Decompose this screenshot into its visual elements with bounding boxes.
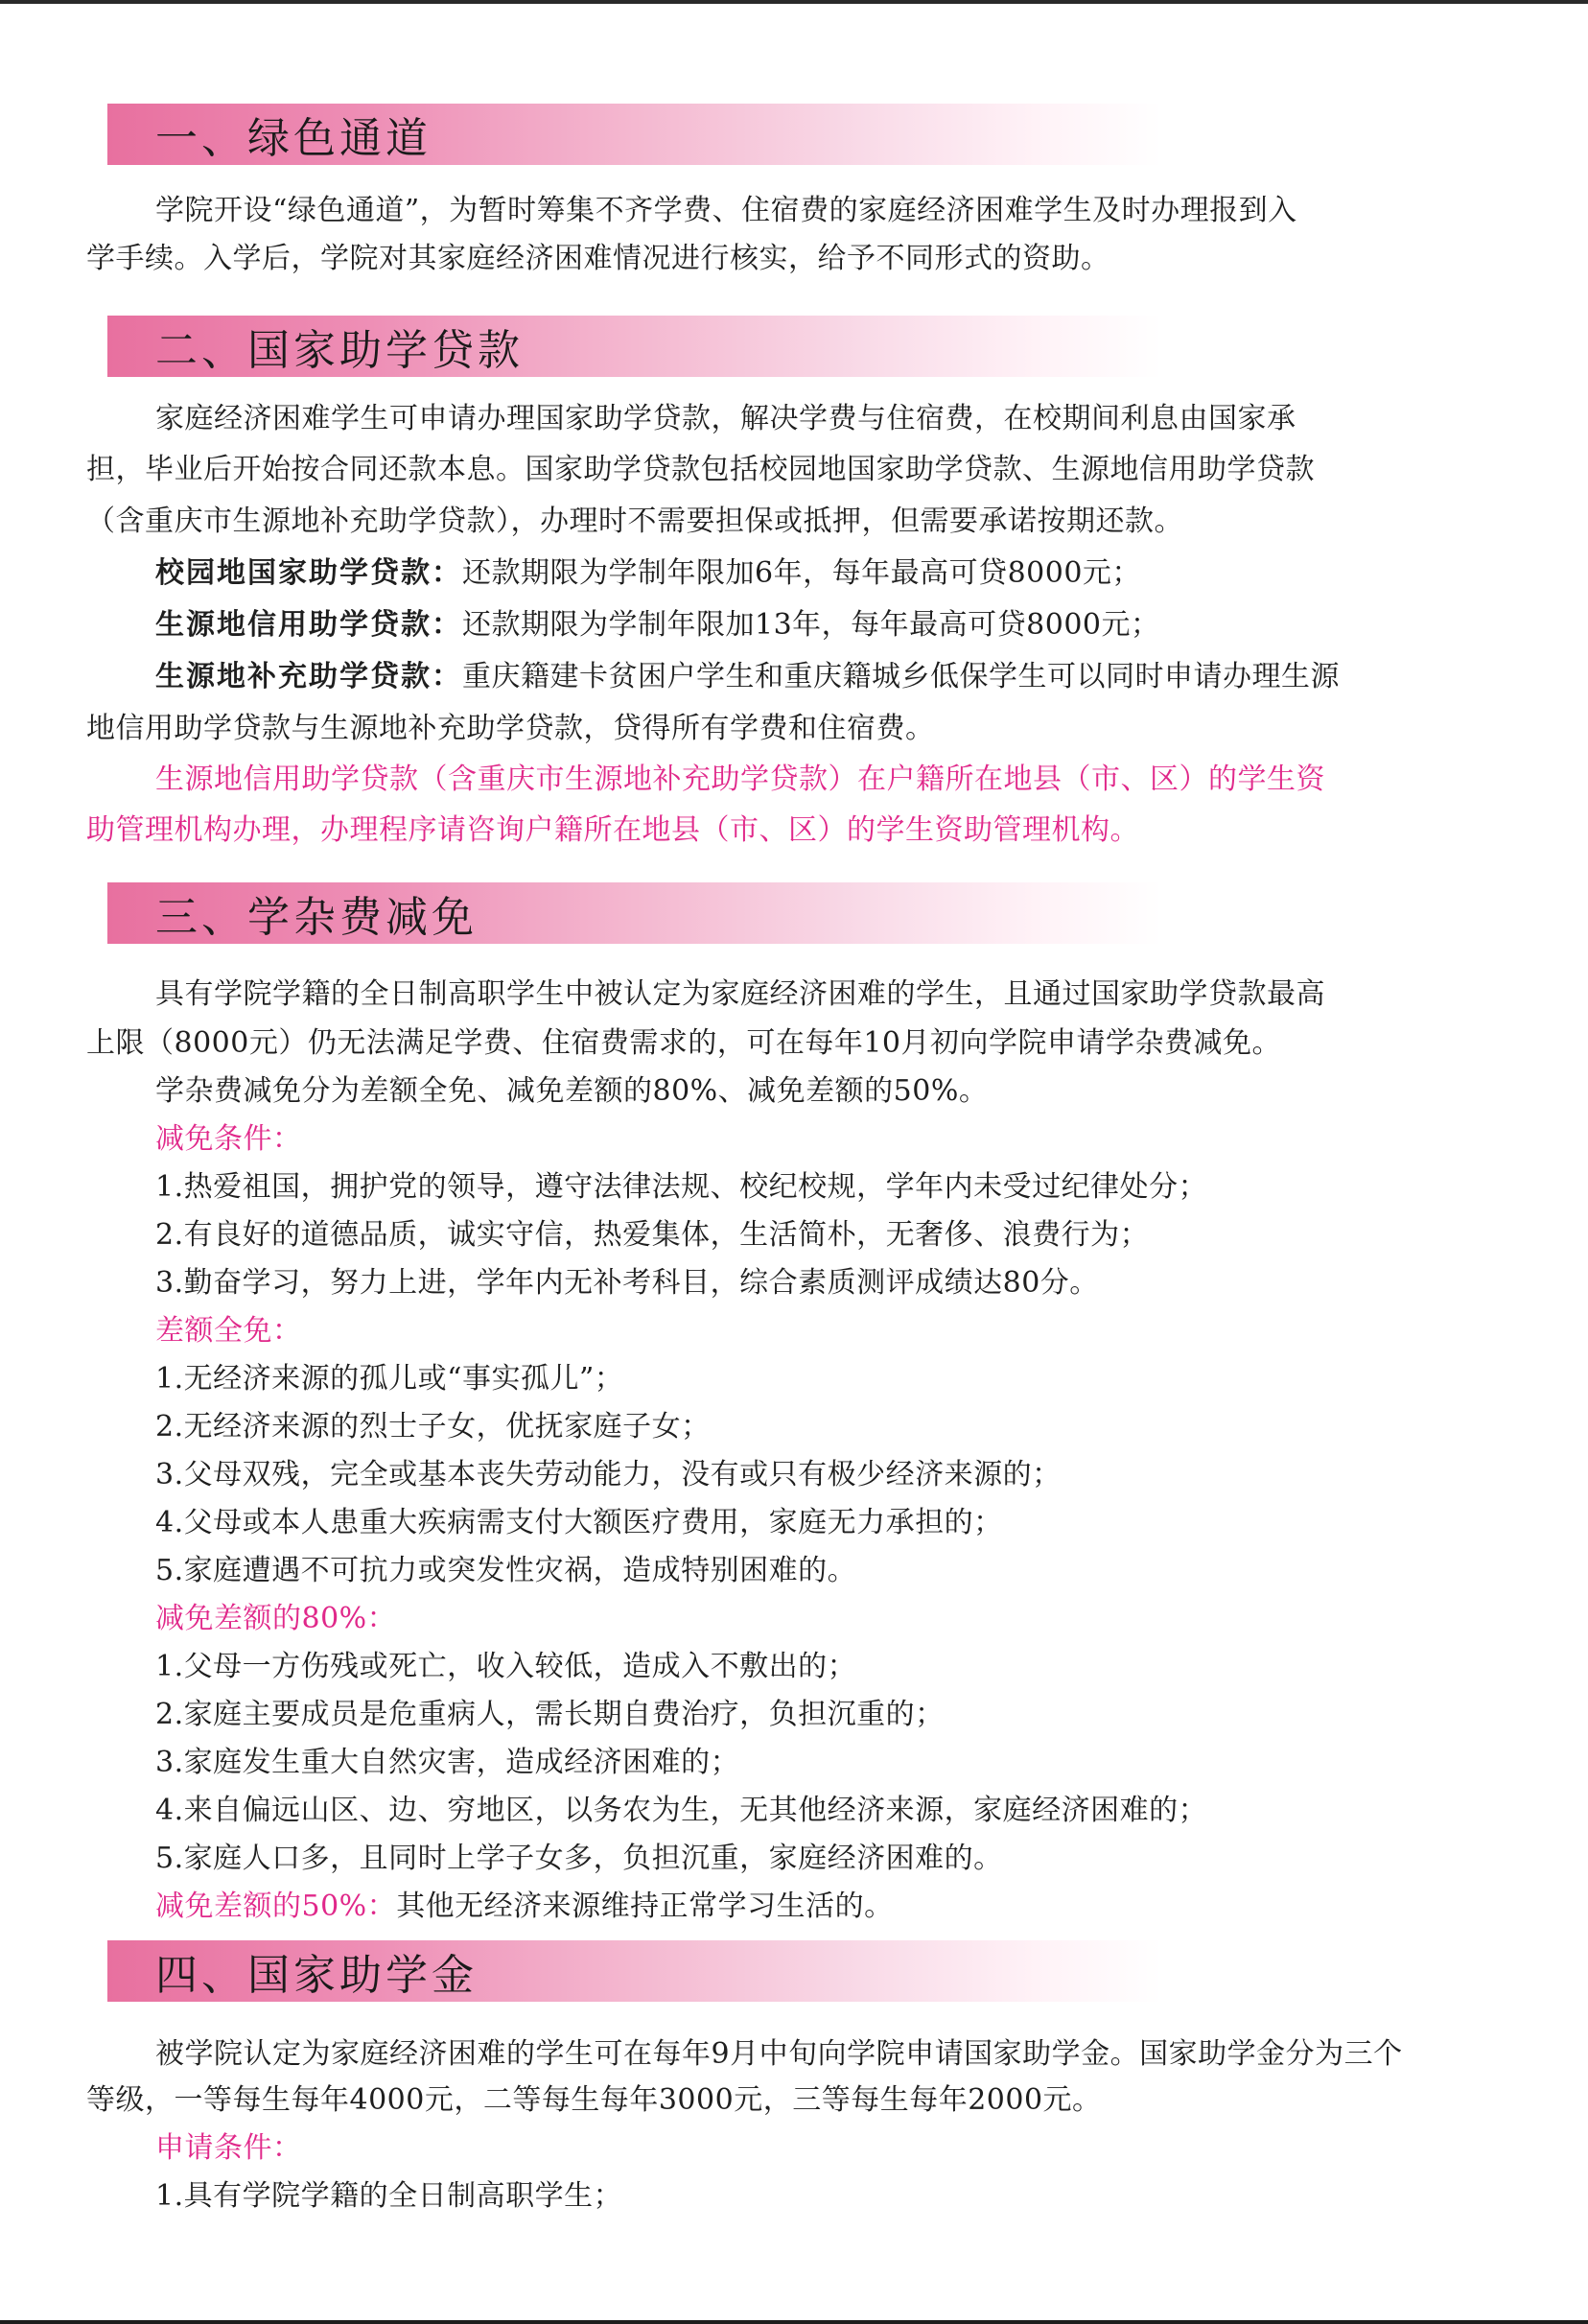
loan-type-origin-credit: 生源地信用助学贷款：还款期限为学制年限加13年，每年最高可贷8000元； (155, 606, 1584, 645)
list-item: 4.来自偏远山区、边、穷地区，以务农为生，无其他经济来源，家庭经济困难的； (155, 1792, 1584, 1830)
notice-line: 助管理机构办理，办理程序请咨询户籍所在地县（市、区）的学生资助管理机构。 (86, 811, 1515, 850)
pct50-line: 减免差额的50%：其他无经济来源维持正常学习生活的。 (155, 1888, 1584, 1926)
subheading-application-conditions: 申请条件： (155, 2129, 1584, 2168)
paragraph-line: 地信用助学贷款与生源地补充助学贷款，贷得所有学费和住宿费。 (86, 710, 1515, 748)
subheading-full-waiver: 差额全免： (155, 1312, 1584, 1350)
list-item: 5.家庭遭遇不可抗力或突发性灾祸，造成特别困难的。 (155, 1552, 1584, 1590)
loan-type-text: 重庆籍建卡贫困户学生和重庆籍城乡低保学生可以同时申请办理生源 (462, 660, 1340, 693)
loan-type-label: 生源地信用助学贷款： (155, 608, 462, 642)
section-header-national-student-loan: 二、国家助学贷款 (107, 316, 1162, 377)
list-item: 3.家庭发生重大自然灾害，造成经济困难的； (155, 1744, 1584, 1782)
loan-type-label: 生源地补充助学贷款： (155, 660, 462, 693)
loan-type-label: 校园地国家助学贷款： (155, 556, 462, 590)
loan-type-origin-supplement: 生源地补充助学贷款：重庆籍建卡贫困户学生和重庆籍城乡低保学生可以同时申请办理生源 (155, 658, 1584, 696)
loan-type-text: 还款期限为学制年限加6年，每年最高可贷8000元； (462, 556, 1141, 590)
loan-type-text: 还款期限为学制年限加13年，每年最高可贷8000元； (462, 608, 1160, 642)
list-item: 3.勤奋学习，努力上进，学年内无补考科目，综合素质测评成绩达80分。 (155, 1264, 1584, 1303)
list-item: 4.父母或本人患重大疾病需支付大额医疗费用，家庭无力承担的； (155, 1504, 1584, 1542)
paragraph-line: 家庭经济困难学生可申请办理国家助学贷款，解决学费与住宿费，在校期间利息由国家承 (155, 400, 1584, 438)
bottom-edge-border (0, 2320, 1588, 2324)
section-header-green-channel: 一、绿色通道 (107, 104, 1162, 165)
loan-type-campus: 校园地国家助学贷款：还款期限为学制年限加6年，每年最高可贷8000元； (155, 554, 1584, 593)
list-item: 2.有良好的道德品质，诚实守信，热爱集体，生活简朴，无奢侈、浪费行为； (155, 1216, 1584, 1255)
section-header-national-grant: 四、国家助学金 (107, 1940, 1162, 2002)
paragraph-line: 上限（8000元）仍无法满足学费、住宿费需求的，可在每年10月初向学院申请学杂费… (86, 1024, 1515, 1063)
section-header-tuition-waiver: 三、学杂费减免 (107, 882, 1162, 944)
list-item: 3.父母双残，完全或基本丧失劳动能力，没有或只有极少经济来源的； (155, 1456, 1584, 1494)
section-title: 二、国家助学贷款 (155, 316, 524, 377)
list-item: 1.热爱祖国，拥护党的领导，遵守法律法规、校纪校规，学年内未受过纪律处分； (155, 1168, 1584, 1207)
notice-line: 生源地信用助学贷款（含重庆市生源地补充助学贷款）在户籍所在地县（市、区）的学生资 (155, 761, 1584, 799)
list-item: 1.无经济来源的孤儿或“事实孤儿”； (155, 1360, 1584, 1398)
paragraph-line: 担，毕业后开始按合同还款本息。国家助学贷款包括校园地国家助学贷款、生源地信用助学… (86, 451, 1515, 489)
list-item: 1.具有学院学籍的全日制高职学生； (155, 2177, 1584, 2216)
list-item: 1.父母一方伤残或死亡，收入较低，造成入不敷出的； (155, 1648, 1584, 1686)
top-edge-border (0, 0, 1588, 4)
subheading-80-percent: 减免差额的80%： (155, 1600, 1584, 1638)
section-title: 三、学杂费减免 (155, 882, 478, 944)
section-title: 四、国家助学金 (155, 1940, 478, 2002)
section-title: 一、绿色通道 (155, 104, 432, 165)
paragraph-line: 学院开设“绿色通道”，为暂时筹集不齐学费、住宿费的家庭经济困难学生及时办理报到入 (155, 192, 1584, 230)
list-item: 2.家庭主要成员是危重病人，需长期自费治疗，负担沉重的； (155, 1696, 1584, 1734)
list-item: 5.家庭人口多，且同时上学子女多，负担沉重，家庭经济困难的。 (155, 1840, 1584, 1878)
paragraph-line: 等级，一等每生每年4000元，二等每生每年3000元，三等每生每年2000元。 (86, 2081, 1515, 2120)
paragraph-line: （含重庆市生源地补充助学贷款），办理时不需要担保或抵押，但需要承诺按期还款。 (86, 503, 1515, 541)
subheading-conditions: 减免条件： (155, 1120, 1584, 1159)
pct50-text: 其他无经济来源维持正常学习生活的。 (396, 1890, 894, 1923)
subheading-50-percent: 减免差额的50%： (155, 1890, 396, 1923)
paragraph-line: 学杂费减免分为差额全免、减免差额的80%、减免差额的50%。 (155, 1072, 1584, 1111)
paragraph-line: 具有学院学籍的全日制高职学生中被认定为家庭经济困难的学生，且通过国家助学贷款最高 (155, 975, 1584, 1014)
paragraph-line: 被学院认定为家庭经济困难的学生可在每年9月中旬向学院申请国家助学金。国家助学金分… (155, 2035, 1584, 2074)
paragraph-line: 学手续。入学后，学院对其家庭经济困难情况进行核实，给予不同形式的资助。 (86, 240, 1515, 278)
list-item: 2.无经济来源的烈士子女，优抚家庭子女； (155, 1408, 1584, 1446)
